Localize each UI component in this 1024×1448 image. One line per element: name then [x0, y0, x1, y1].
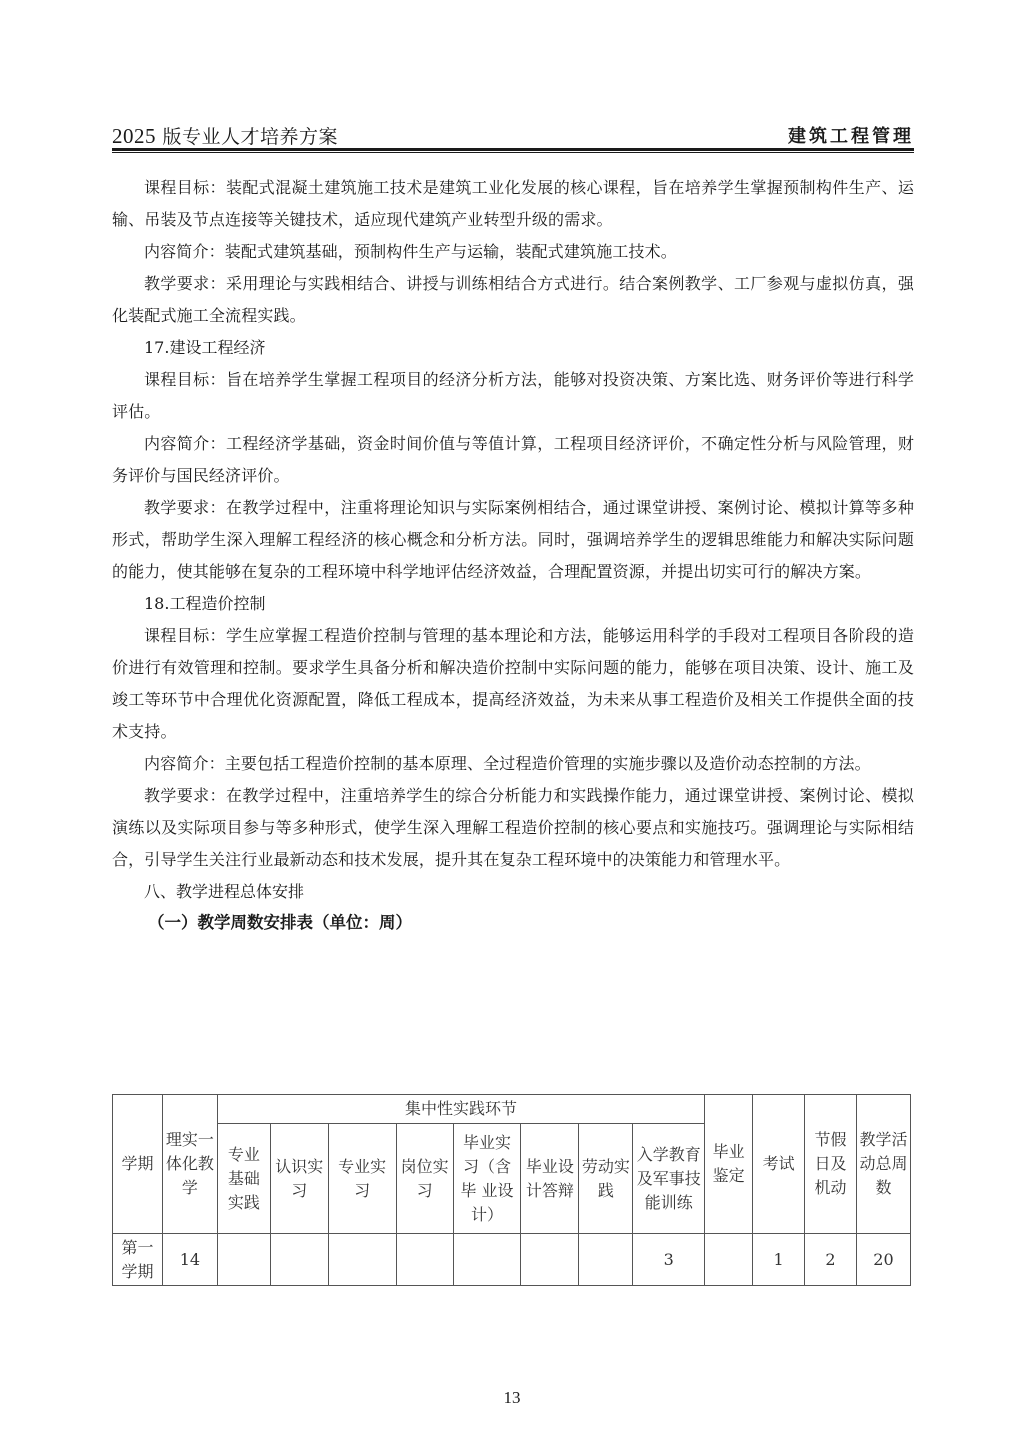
paragraph: 课程目标：旨在培养学生掌握工程项目的经济分析方法，能够对投资决策、方案比选、财务…	[112, 364, 914, 428]
col-header-holiday: 节假日及机动	[805, 1095, 857, 1234]
cell-post	[396, 1234, 453, 1286]
paragraph: 课程目标：学生应掌握工程造价控制与管理的基本理论和方法，能够运用科学的手段对工程…	[112, 620, 914, 748]
header-left-title: 2025 版专业人才培养方案	[112, 122, 338, 149]
section-heading: 17.建设工程经济	[112, 332, 914, 364]
header-rule-thin	[112, 152, 914, 153]
col-header-post: 岗位实习	[396, 1124, 453, 1234]
body-content: 课程目标：装配式混凝土建筑施工技术是建筑工业化发展的核心课程，旨在培养学生掌握预…	[112, 172, 914, 938]
group-header-practice: 集中性实践环节	[217, 1095, 704, 1124]
cell-exam: 1	[753, 1234, 805, 1286]
page-header: 2025 版专业人才培养方案 建筑工程管理	[112, 120, 914, 150]
cell-cognition	[270, 1234, 328, 1286]
col-header-exam: 考试	[753, 1095, 805, 1234]
table-row: 第一学期 14 3 1 2 20	[113, 1234, 911, 1286]
cell-basic-practice	[217, 1234, 270, 1286]
col-header-cognition: 认识实习	[270, 1124, 328, 1234]
cell-labor	[579, 1234, 633, 1286]
cell-military: 3	[633, 1234, 705, 1286]
teaching-weeks-table: 学期 理实一体化教学 集中性实践环节 毕业鉴定 考试 节假日及机动 教学活动总周…	[112, 1094, 911, 1286]
table-caption: （一）教学周数安排表（单位：周）	[112, 908, 914, 938]
cell-professional	[328, 1234, 396, 1286]
header-doc-title: 版专业人才培养方案	[156, 126, 338, 148]
col-header-labor: 劳动实践	[579, 1124, 633, 1234]
cell-total: 20	[856, 1234, 910, 1286]
paragraph: 教学要求：在教学过程中，注重将理论知识与实际案例相结合，通过课堂讲授、案例讨论、…	[112, 492, 914, 588]
cell-holiday: 2	[805, 1234, 857, 1286]
cell-appraisal	[705, 1234, 753, 1286]
chapter-heading: 八、教学进程总体安排	[112, 876, 914, 908]
paragraph: 课程目标：装配式混凝土建筑施工技术是建筑工业化发展的核心课程，旨在培养学生掌握预…	[112, 172, 914, 236]
col-header-military: 入学教育及军事技能训练	[633, 1124, 705, 1234]
paragraph: 内容简介：装配式建筑基础，预制构件生产与运输，装配式建筑施工技术。	[112, 236, 914, 268]
header-rule-thick	[112, 148, 914, 151]
page-number: 13	[0, 1388, 1024, 1408]
section-heading: 18.工程造价控制	[112, 588, 914, 620]
cell-defense	[521, 1234, 579, 1286]
paragraph: 教学要求：采用理论与实践相结合、讲授与训练相结合方式进行。结合案例教学、工厂参观…	[112, 268, 914, 332]
col-header-term: 学期	[113, 1095, 163, 1234]
paragraph: 教学要求：在教学过程中，注重培养学生的综合分析能力和实践操作能力，通过课堂讲授、…	[112, 780, 914, 876]
col-header-graduation-intern: 毕业实习（含毕 业设计）	[453, 1124, 521, 1234]
paragraph: 内容简介：主要包括工程造价控制的基本原理、全过程造价管理的实施步骤以及造价动态控…	[112, 748, 914, 780]
col-header-integrated: 理实一体化教学	[162, 1095, 217, 1234]
col-header-basic-practice: 专业基础实践	[217, 1124, 270, 1234]
header-right-title: 建筑工程管理	[788, 122, 914, 148]
cell-term: 第一学期	[113, 1234, 163, 1286]
col-header-professional: 专业实习	[328, 1124, 396, 1234]
col-header-defense: 毕业设计答辩	[521, 1124, 579, 1234]
paragraph: 内容简介：工程经济学基础，资金时间价值与等值计算，工程项目经济评价，不确定性分析…	[112, 428, 914, 492]
col-header-total: 教学活动总周数	[856, 1095, 910, 1234]
col-header-appraisal: 毕业鉴定	[705, 1095, 753, 1234]
cell-graduation-intern	[453, 1234, 521, 1286]
header-year: 2025	[112, 124, 156, 148]
cell-integrated: 14	[162, 1234, 217, 1286]
